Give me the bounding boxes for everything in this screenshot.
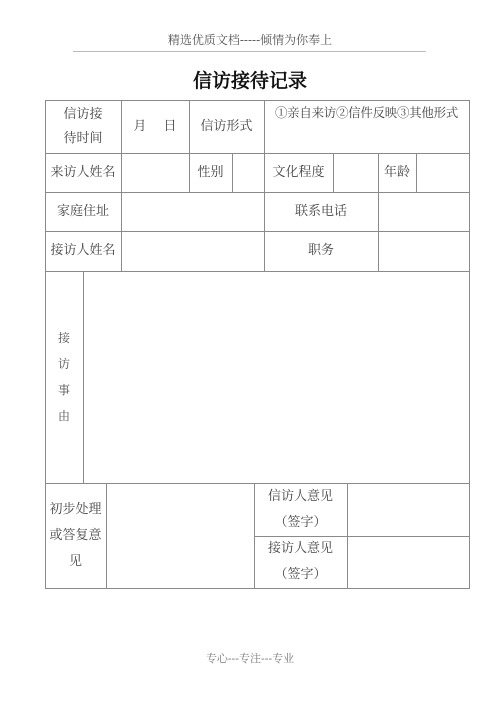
label-text: 初步处理 xyxy=(49,497,101,523)
education-label: 文化程度 xyxy=(264,153,333,192)
label-char: 由 xyxy=(58,403,70,429)
page-footer-text: 专心---专注---专业 xyxy=(0,650,500,666)
table-border-bottom xyxy=(45,588,470,589)
label-text: 待时间 xyxy=(63,127,102,151)
label-text: （签字） xyxy=(274,510,326,536)
gender-label: 性别 xyxy=(189,153,232,192)
petition-form-label: 信访形式 xyxy=(189,100,264,153)
handling-opinion-field[interactable] xyxy=(106,483,254,588)
label-text: 信访人意见 xyxy=(268,484,333,510)
education-field[interactable] xyxy=(333,153,378,192)
label-text: （签字） xyxy=(274,562,326,588)
petition-form-options[interactable]: ①亲自来访②信件反映③其他形式 xyxy=(264,100,469,126)
label-text: 接访人意见 xyxy=(268,536,333,562)
gender-field[interactable] xyxy=(232,153,264,192)
phone-label: 联系电话 xyxy=(264,192,378,231)
visitor-name-label: 来访人姓名 xyxy=(45,153,121,192)
address-label: 家庭住址 xyxy=(45,192,121,231)
position-field[interactable] xyxy=(378,231,469,271)
reception-matter-field[interactable] xyxy=(83,271,469,483)
label-char: 访 xyxy=(58,351,70,377)
age-field[interactable] xyxy=(416,153,469,192)
reception-matter-label: 接 访 事 由 xyxy=(45,271,83,483)
handling-opinion-label: 初步处理 或答复意 见 xyxy=(45,483,106,588)
label-char: 事 xyxy=(58,377,70,403)
receiver-name-field[interactable] xyxy=(121,231,264,271)
label-text: 信访接 xyxy=(63,103,102,127)
date-field[interactable]: 月 日 xyxy=(121,100,189,153)
reception-time-label: 信访接 待时间 xyxy=(45,100,121,153)
age-label: 年龄 xyxy=(378,153,416,192)
petitioner-opinion-label: 信访人意见 （签字） xyxy=(254,483,347,536)
position-label: 职务 xyxy=(264,231,378,271)
receiver-opinion-label: 接访人意见 （签字） xyxy=(254,536,347,588)
receiver-signature-field[interactable] xyxy=(347,536,469,588)
table-border-right xyxy=(469,100,470,589)
address-field[interactable] xyxy=(121,192,264,231)
phone-field[interactable] xyxy=(378,192,469,231)
petitioner-signature-field[interactable] xyxy=(347,483,469,536)
receiver-name-label: 接访人姓名 xyxy=(45,231,121,271)
visitor-name-field[interactable] xyxy=(121,153,189,192)
label-char: 接 xyxy=(58,325,70,351)
label-text: 或答复意 xyxy=(49,523,101,549)
label-text: 见 xyxy=(69,549,82,575)
reception-record-table: 信访接 待时间 月 日 信访形式 ①亲自来访②信件反映③其他形式 来访人姓名 性… xyxy=(0,0,500,708)
